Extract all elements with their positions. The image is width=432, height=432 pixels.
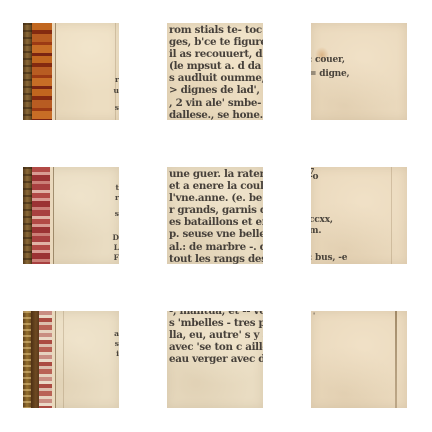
text-line: s 'mbelles - tres pa xyxy=(169,317,263,329)
edge-letter-fragment: r xyxy=(115,193,119,202)
edge-letter-fragment: s xyxy=(115,339,119,348)
text-line: rom stials te- toc va xyxy=(169,24,263,36)
text-line: es bataillons et en fur xyxy=(169,217,263,229)
text-line: > dignes de lad', puig xyxy=(169,85,263,97)
manuscript-tile-r2c2-text: une guer. la ratem., la et a enere la co… xyxy=(167,167,263,264)
text-line: l'vne.anne. (e. be aille xyxy=(169,192,263,204)
edge-letter-fragment: i xyxy=(116,349,119,358)
ruling-line xyxy=(53,167,54,264)
text-block: -, mantua, et -- vo, s 'mbelles - tres p… xyxy=(169,311,263,365)
text-block: rom stials te- toc va ges, b'ce te figur… xyxy=(169,24,263,120)
manuscript-tile-r3c3-blank: ' xyxy=(311,311,407,408)
text-line: tout les rangs des 'au xyxy=(169,253,263,264)
word-fragment: = digne, xyxy=(311,69,349,79)
word-fragment: : couer, xyxy=(311,55,345,65)
border-brown-strip xyxy=(31,311,39,408)
faint-ruling-line xyxy=(391,167,392,264)
edge-letter-fragment: r xyxy=(115,75,119,84)
manuscript-tile-r2c1-border: t r s D L F xyxy=(23,167,119,264)
word-fragment: m. xyxy=(311,226,321,236)
text-line: avec 'se ton c aillons, xyxy=(169,342,263,354)
ruling-line xyxy=(55,311,56,408)
border-rust-strip xyxy=(32,23,52,120)
manuscript-tile-r3c1-border: a s i xyxy=(23,311,119,408)
edge-letter-fragment: t xyxy=(116,183,119,192)
ruling-line xyxy=(55,23,56,120)
text-line: , 2 vin ale' smbe- xyxy=(169,97,263,109)
text-line: al.: de marbre -. de, xyxy=(169,241,263,253)
text-line: il as recouuert, d'un xyxy=(169,48,263,60)
word-fragment: -o xyxy=(311,172,318,182)
edge-letter-fragment: a xyxy=(114,329,119,338)
manuscript-tile-r1c1-border: r u s xyxy=(23,23,119,120)
manuscript-tile-r1c2-text: rom stials te- toc va ges, b'ce te figur… xyxy=(167,23,263,120)
text-line: s audluit oumme, nous xyxy=(169,73,263,85)
text-line: dallese., se hone. d. xyxy=(169,109,263,120)
text-line: (le mpsut a. d da le xyxy=(169,61,263,73)
edge-letter-fragment: s xyxy=(115,103,119,112)
manuscript-tile-r2c3-blank: 7 -o ccxx, m. : bus, -e xyxy=(311,167,407,264)
text-line: r grands, garnis d'aut xyxy=(169,205,263,217)
text-line: lla, eu, autre' s y apill xyxy=(169,329,263,341)
text-line: une guer. la ratem., la xyxy=(169,168,263,180)
border-gold-strip xyxy=(23,167,32,264)
text-block: une guer. la ratem., la et a enere la co… xyxy=(169,168,263,264)
edge-letter-fragment: F xyxy=(114,253,119,262)
tile-montage-canvas: r u s rom stials te- toc va ges, b'ce te… xyxy=(0,0,432,432)
text-line: et a enere la couleur. ( xyxy=(169,180,263,192)
manuscript-tile-r3c2-text: -, mantua, et -- vo, s 'mbelles - tres p… xyxy=(167,311,263,408)
edge-letter-fragment: s xyxy=(115,209,119,218)
corner-mark: ' xyxy=(313,311,315,320)
word-fragment: : bus, -e xyxy=(311,253,347,263)
parchment-crease-line xyxy=(63,311,64,408)
border-gold-strip xyxy=(23,311,31,408)
word-fragment: ccxx, xyxy=(311,215,333,225)
border-crimson-strip xyxy=(32,167,50,264)
text-line: p. seuse vne belle fo. ' xyxy=(169,229,263,241)
border-pink-strip xyxy=(39,311,52,408)
edge-letter-fragment: u xyxy=(114,86,119,95)
edge-letter-fragment: L xyxy=(114,243,119,252)
manuscript-tile-grid: r u s rom stials te- toc va ges, b'ce te… xyxy=(23,23,407,408)
text-line: eau verger avec d'autre xyxy=(169,354,263,366)
text-line: -, mantua, et -- vo, xyxy=(169,311,263,317)
edge-letter-fragment: D xyxy=(112,233,119,242)
manuscript-tile-r1c3-blank: : couer, = digne, xyxy=(311,23,407,120)
page-edge-line xyxy=(395,311,397,408)
text-line: ges, b'ce te figure de xyxy=(169,36,263,48)
border-gold-strip xyxy=(23,23,32,120)
